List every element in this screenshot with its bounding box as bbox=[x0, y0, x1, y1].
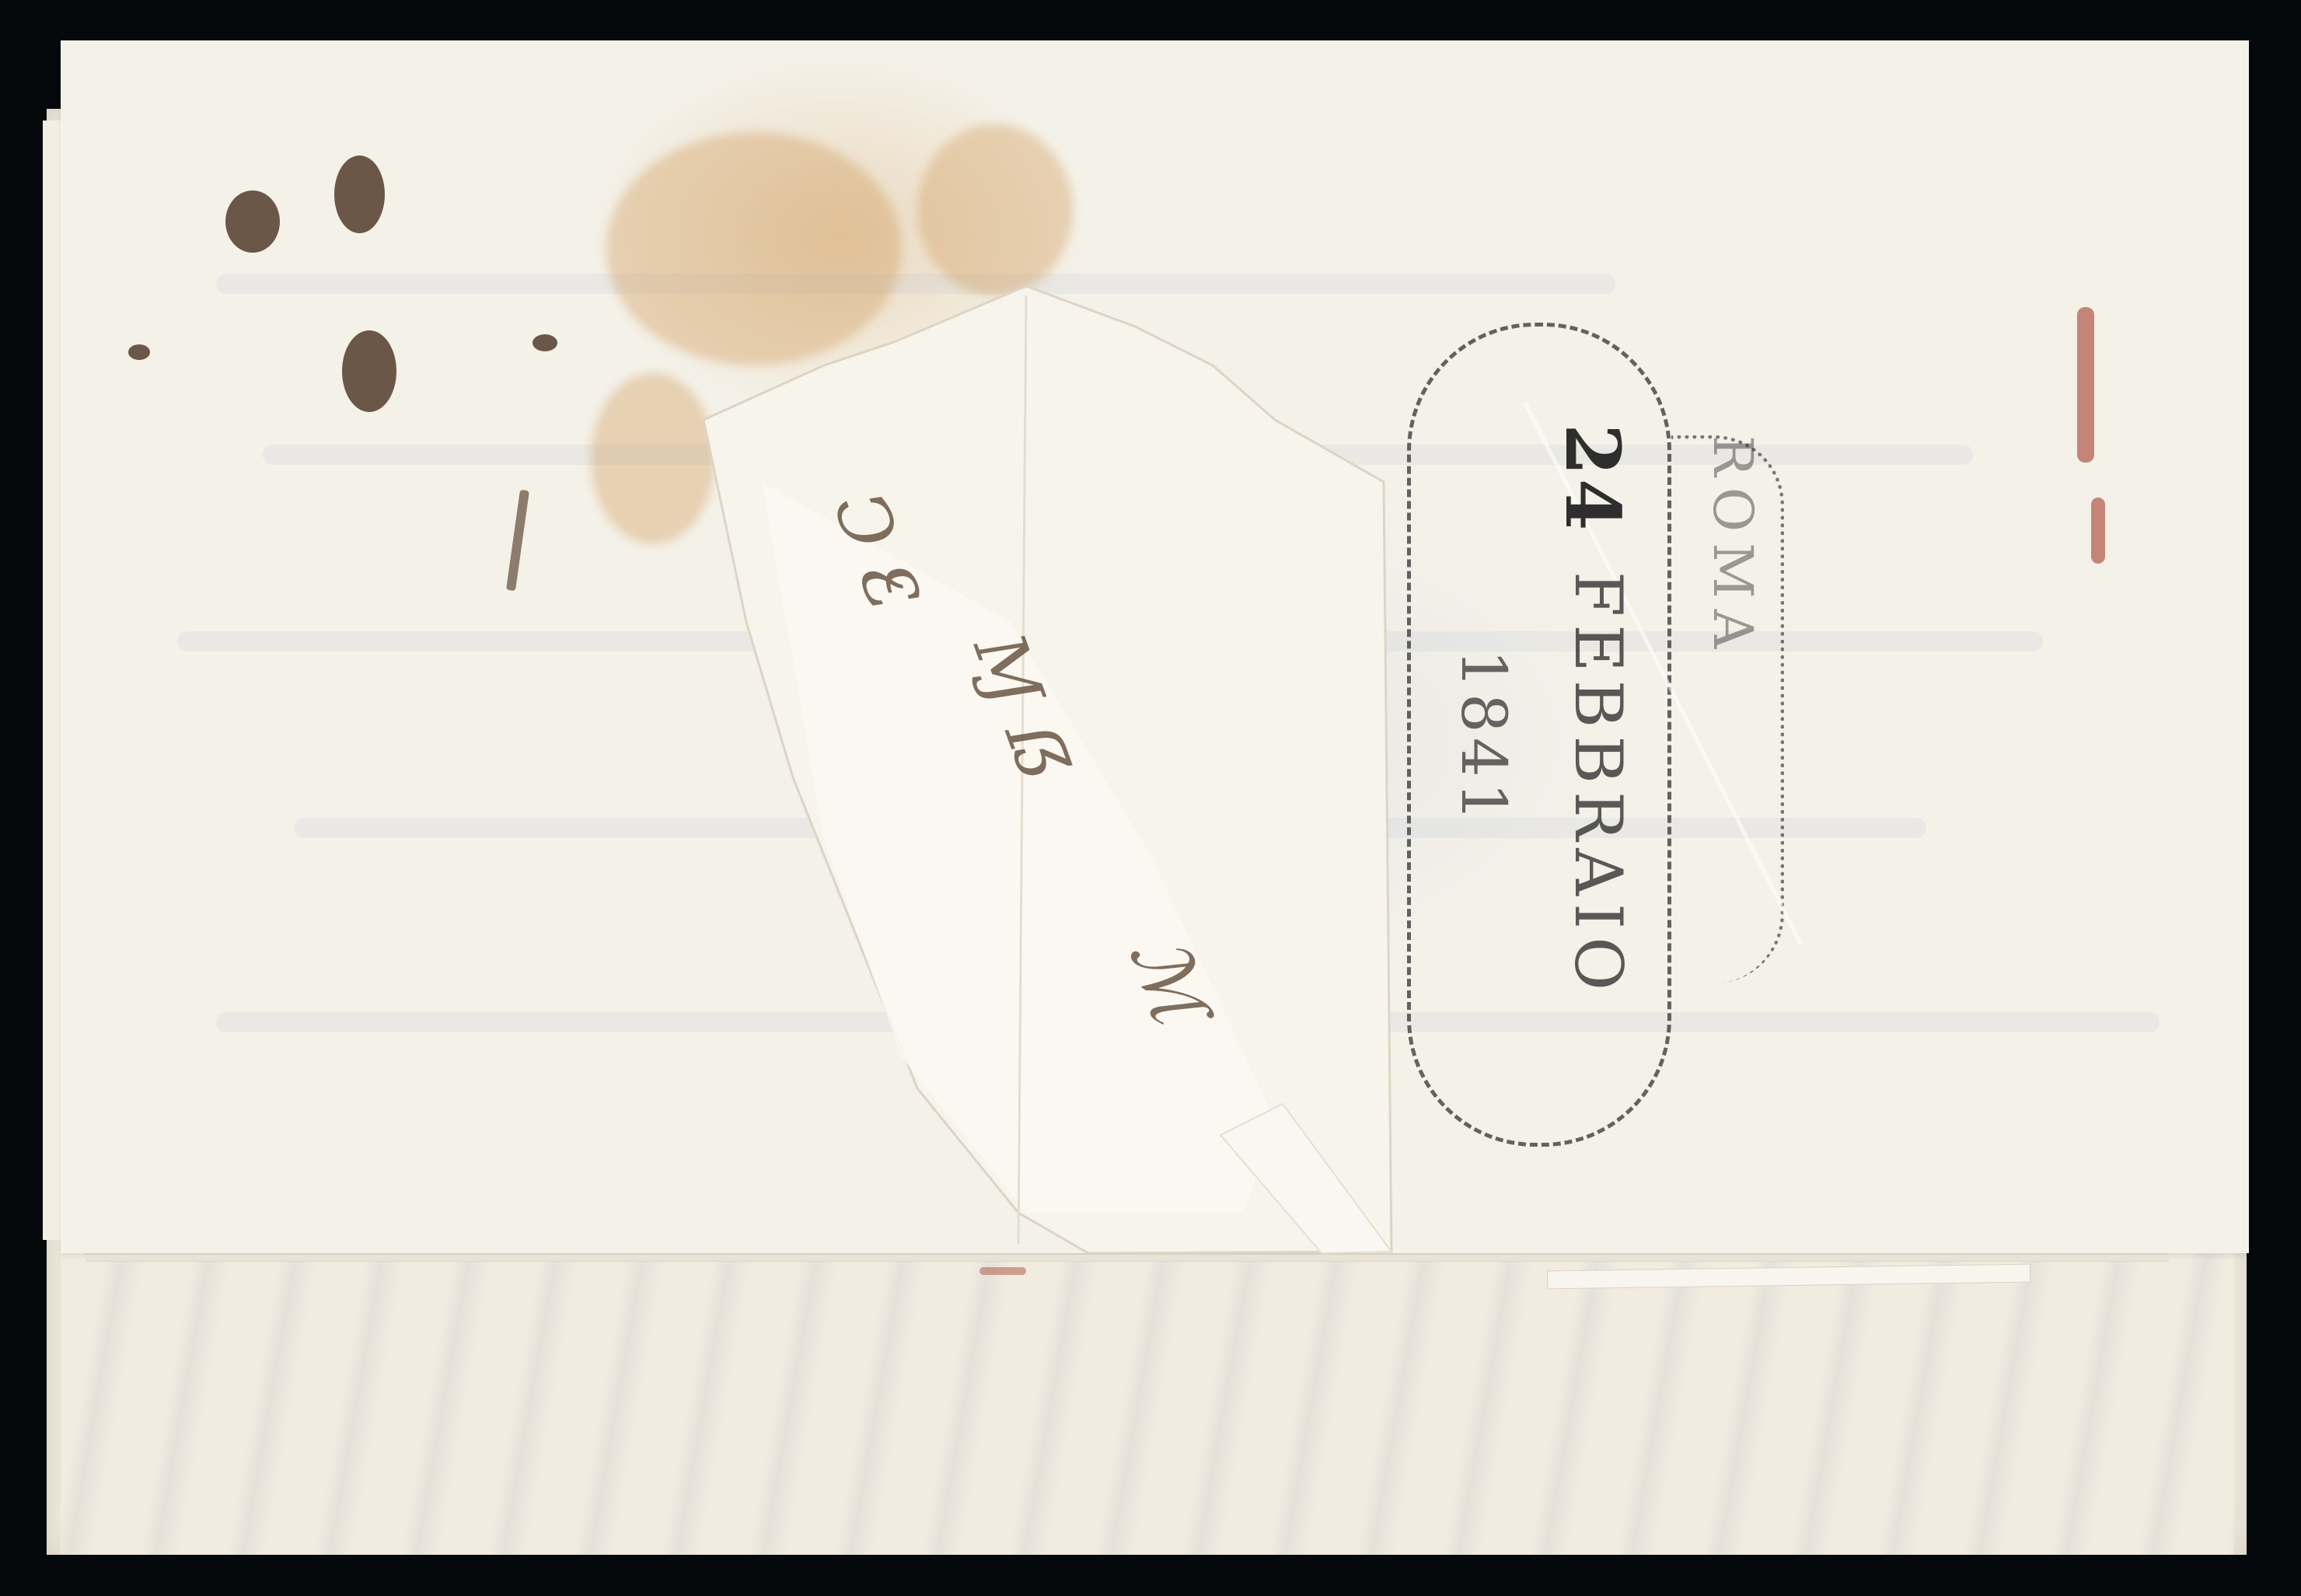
ink-blot bbox=[532, 334, 557, 351]
rust-stain bbox=[917, 124, 1073, 295]
fold-edge bbox=[86, 1253, 2169, 1262]
ink-blot bbox=[128, 344, 150, 360]
red-crayon-mark bbox=[979, 1267, 1026, 1275]
show-through-writing bbox=[216, 274, 1615, 294]
ink-blot bbox=[225, 190, 280, 253]
red-crayon-mark bbox=[2091, 498, 2105, 564]
postmark-town: ROMA bbox=[1701, 435, 1765, 659]
ink-blot bbox=[342, 330, 396, 412]
postmark-year: 1841 bbox=[1447, 649, 1520, 826]
rust-stain bbox=[591, 373, 715, 544]
postmark-month: FEBBRAIO bbox=[1560, 571, 1636, 998]
letter-top-flap bbox=[61, 40, 2249, 1253]
lower-fold-panel bbox=[61, 1244, 2234, 1555]
red-crayon-mark bbox=[2077, 307, 2094, 463]
postmark-day: 24 bbox=[1549, 424, 1636, 534]
rust-stain bbox=[606, 132, 902, 365]
ink-blot bbox=[334, 155, 385, 233]
